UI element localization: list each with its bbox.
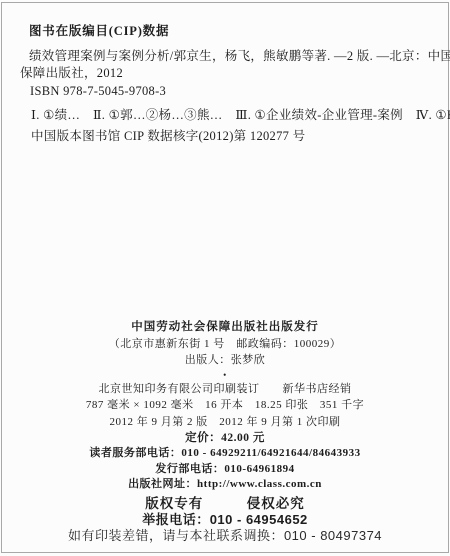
website-line: 出版社网址：http://www.class.com.cn — [0, 477, 450, 493]
report-phone-line: 举报电话：010 - 64954652 — [0, 512, 450, 528]
cip-data-heading: 图书在版编目(CIP)数据 — [29, 23, 436, 40]
isbn-line: ISBN 978-7-5045-9708-3 — [30, 83, 436, 100]
imprint-block: 中国劳动社会保障出版社出版发行 （北京市惠新东街 1 号 邮政编码：100029… — [0, 319, 450, 544]
cip-description-line-1: 绩效管理案例与案例分析/郭京生，杨飞，熊敏鹏等著. —2 版. —北京：中国劳动… — [29, 48, 436, 65]
publisher-address-line: （北京市惠新东街 1 号 邮政编码：100029） — [0, 336, 450, 353]
copyright-notice-line: 版权专有 侵权必究 — [0, 495, 450, 512]
publisher-line: 中国劳动社会保障出版社出版发行 — [0, 319, 450, 336]
cip-record-number-line: 中国版本图书馆 CIP 数据核字(2012)第 120277 号 — [31, 128, 436, 145]
format-line: 787 毫米 × 1092 毫米 16 开本 18.25 印张 351 千字 — [0, 397, 450, 414]
reader-service-phone-line: 读者服务部电话：010 - 64929211/64921644/84643933 — [0, 446, 450, 462]
edition-line: 2012 年 9 月第 2 版 2012 年 9 月第 1 次印刷 — [0, 414, 450, 431]
price-line: 定价：42.00 元 — [0, 430, 450, 446]
exchange-notice-line: 如有印装差错，请与本社联系调换：010 - 80497374 — [0, 528, 450, 544]
printer-line: 北京世知印务有限公司印刷装订 新华书店经销 — [0, 381, 450, 398]
cip-description-line-2: 保障出版社，2012 — [20, 65, 436, 82]
separator-dot: • — [0, 369, 450, 381]
distribution-phone-line: 发行部电话：010-64961894 — [0, 462, 450, 478]
copyright-page: 图书在版编目(CIP)数据 绩效管理案例与案例分析/郭京生，杨飞，熊敏鹏等著. … — [0, 0, 450, 556]
cip-classification-line: Ⅰ. ①绩… Ⅱ. ①郭…②杨…③熊… Ⅲ. ①企业绩效-企业管理-案例 Ⅳ. … — [31, 107, 436, 124]
publisher-person-line: 出版人：张梦欣 — [0, 352, 450, 369]
cip-block: 图书在版编目(CIP)数据 绩效管理案例与案例分析/郭京生，杨飞，熊敏鹏等著. … — [20, 23, 436, 145]
